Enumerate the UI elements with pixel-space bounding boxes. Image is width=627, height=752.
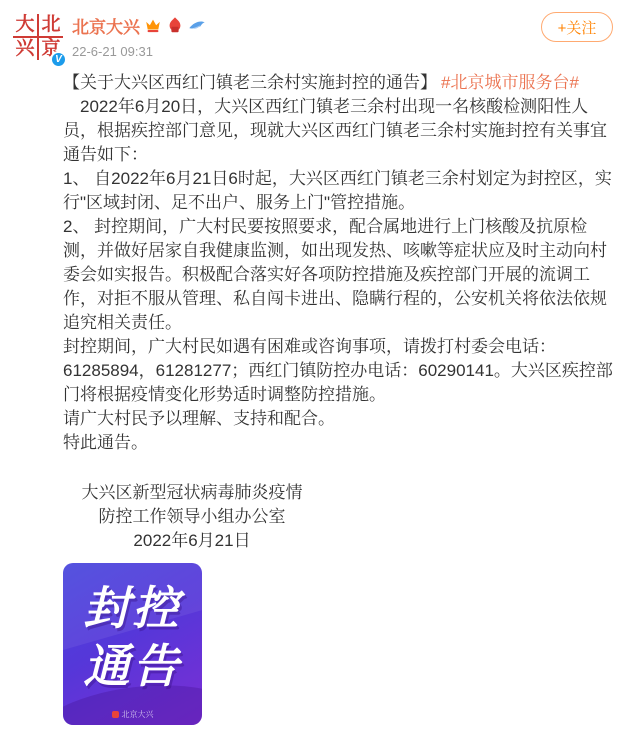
- seal-char: 兴: [13, 38, 37, 60]
- follow-button[interactable]: +关注: [541, 12, 613, 42]
- attached-image[interactable]: 封控 通告 北京大兴: [63, 563, 202, 725]
- signature-line: 大兴区新型冠状病毒肺炎疫情: [63, 481, 321, 505]
- verified-badge-icon: V: [50, 51, 67, 68]
- post-timestamp[interactable]: 22-6-21 09:31: [72, 44, 613, 59]
- post-title-line: 【关于大兴区西红门镇老三余村实施封控的通告】#北京城市服务台#: [63, 71, 617, 95]
- red-ribbon-icon: [166, 16, 184, 34]
- post-paragraph: 特此通告。: [63, 431, 617, 455]
- watermark-logo-icon: [112, 711, 119, 718]
- vip-crown-icon: [144, 16, 162, 34]
- image-watermark: 北京大兴: [63, 710, 202, 719]
- avatar[interactable]: 大 北 兴 京 V: [13, 14, 63, 64]
- signature-line: 2022年6月21日: [63, 529, 321, 553]
- post-paragraph: 2、 封控期间，广大村民要按照要求，配合属地进行上门核酸及抗原检测，并做好居家自…: [63, 215, 617, 335]
- post-paragraph: 封控期间，广大村民如遇有困难或咨询事项，请拨打村委会电话：61285894，61…: [63, 335, 617, 407]
- post-header: 大 北 兴 京 V 北京大兴 22-6-21 09:31: [13, 12, 613, 68]
- author-block: 北京大兴 22-6-21 09:31: [72, 12, 613, 59]
- weibo-post: 大 北 兴 京 V 北京大兴 22-6-21 09:31: [0, 0, 627, 725]
- watermark-text: 北京大兴: [122, 710, 154, 719]
- image-text-line: 封控: [63, 579, 202, 637]
- signature-line: 防控工作领导小组办公室: [63, 505, 321, 529]
- post-paragraph: 2022年6月20日，大兴区西红门镇老三余村出现一名核酸检测阳性人员，根据疾控部…: [63, 95, 617, 167]
- blue-hand-icon: [188, 16, 206, 34]
- signature-block: 大兴区新型冠状病毒肺炎疫情 防控工作领导小组办公室 2022年6月21日: [63, 481, 321, 553]
- image-text-line: 通告: [63, 637, 202, 695]
- post-paragraph: 请广大村民予以理解、支持和配合。: [63, 407, 617, 431]
- author-name[interactable]: 北京大兴: [72, 13, 140, 38]
- post-paragraph: 1、 自2022年6月21日6时起，大兴区西红门镇老三余村划定为封控区，实行"区…: [63, 167, 617, 215]
- seal-char: 北: [39, 14, 63, 36]
- seal-char: 大: [13, 14, 37, 36]
- post-title: 【关于大兴区西红门镇老三余村实施封控的通告】: [63, 73, 437, 92]
- topic-hashtag-link[interactable]: #北京城市服务台#: [441, 73, 579, 92]
- post-content: 【关于大兴区西红门镇老三余村实施封控的通告】#北京城市服务台# 2022年6月2…: [63, 71, 617, 553]
